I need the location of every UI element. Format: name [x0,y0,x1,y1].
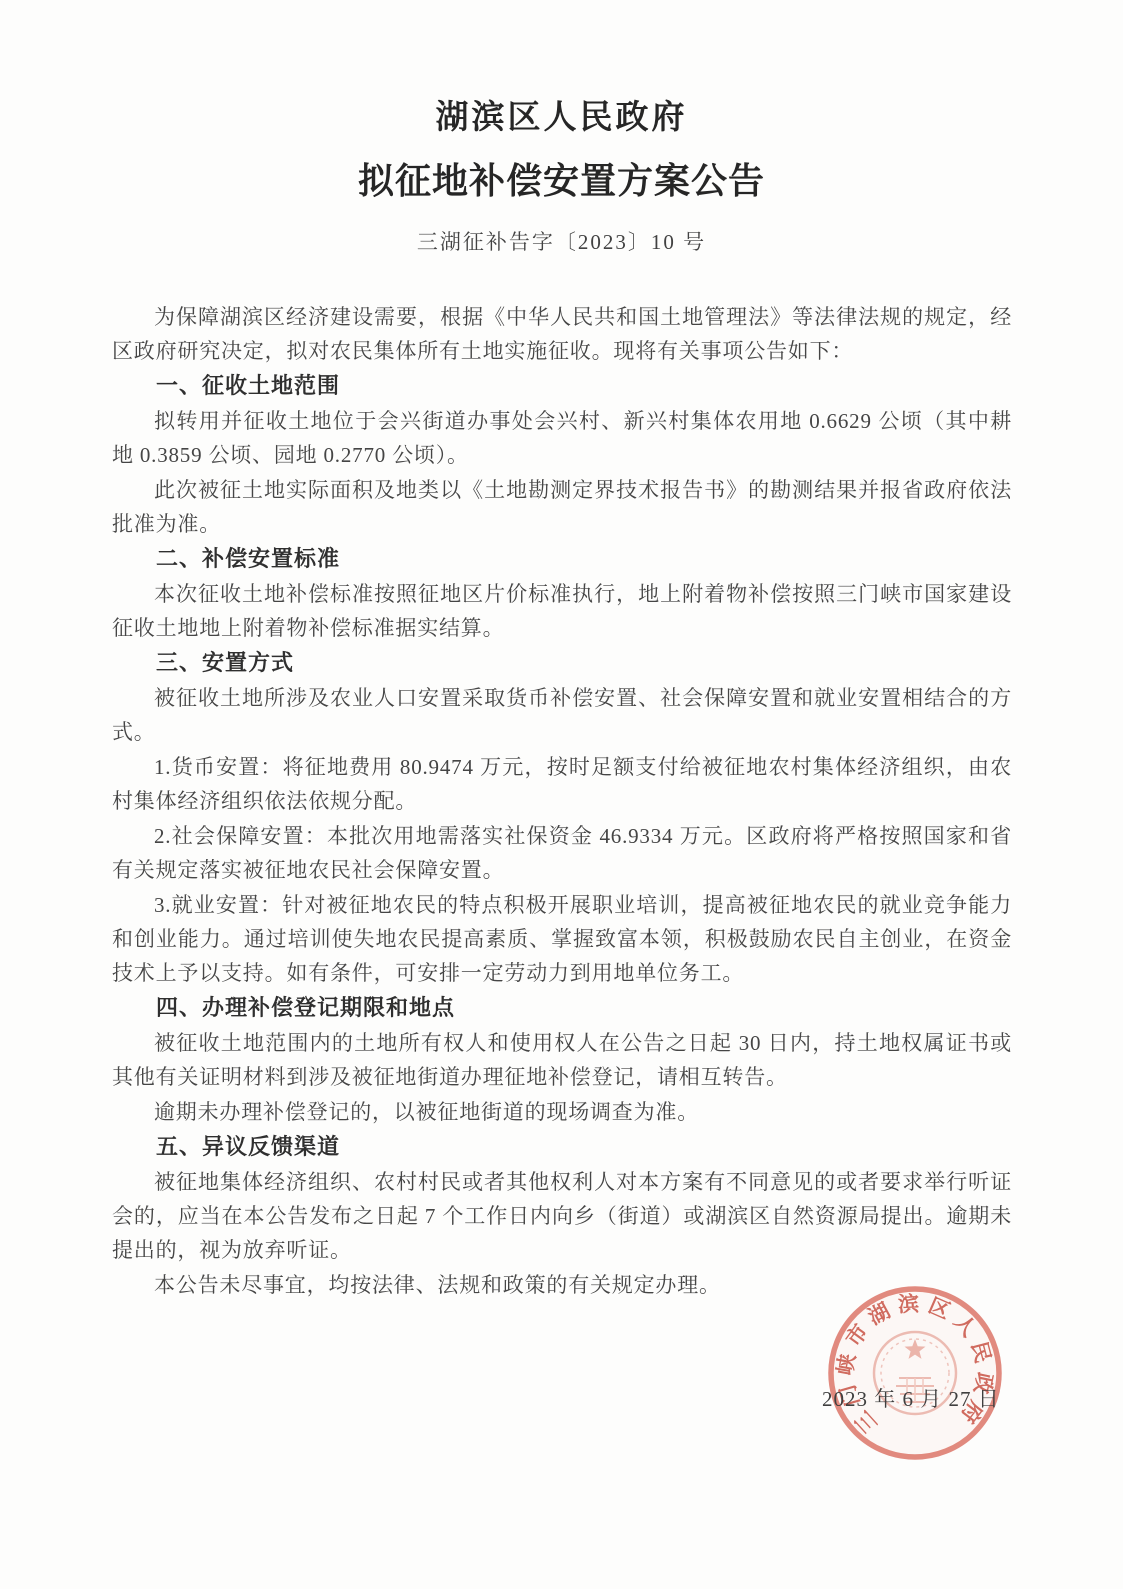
document-page: 湖滨区人民政府 拟征地补偿安置方案公告 三湖征补告字〔2023〕10 号 为保障… [0,0,1123,1589]
section-3-paragraph: 1.货币安置：将征地费用 80.9474 万元，按时足额支付给被征地农村集体经济… [112,750,1012,818]
document-title: 湖滨区人民政府 [0,94,1123,140]
intro-paragraph: 为保障湖滨区经济建设需要，根据《中华人民共和国土地管理法》等法律法规的规定，经区… [112,300,1012,368]
section-5-heading: 五、异议反馈渠道 [112,1130,1012,1164]
section-1-paragraph: 此次被征土地实际面积及地类以《土地勘测定界技术报告书》的勘测结果并报省政府依法批… [112,473,1012,541]
section-2-paragraph: 本次征收土地补偿标准按照征地区片价标准执行，地上附着物补偿按照三门峡市国家建设征… [112,577,1012,645]
document-header: 湖滨区人民政府 拟征地补偿安置方案公告 三湖征补告字〔2023〕10 号 [0,0,1123,256]
issue-date: 2023 年 6 月 27 日 [822,1383,1000,1413]
official-seal-icon: 三门峡市湖滨区人民政府 [820,1278,1010,1468]
document-number: 三湖征补告字〔2023〕10 号 [0,226,1123,256]
section-3-paragraph: 被征收土地所涉及农业人口安置采取货币补偿安置、社会保障安置和就业安置相结合的方式… [112,681,1012,749]
section-4-paragraph: 被征收土地范围内的土地所有权人和使用权人在公告之日起 30 日内，持土地权属证书… [112,1026,1012,1094]
section-4-heading: 四、办理补偿登记期限和地点 [112,991,1012,1025]
section-3-paragraph: 3.就业安置：针对被征地农民的特点积极开展职业培训，提高被征地农民的就业竞争能力… [112,888,1012,990]
section-4-paragraph: 逾期未办理补偿登记的，以被征地街道的现场调查为准。 [112,1095,1012,1129]
section-3-paragraph: 2.社会保障安置：本批次用地需落实社保资金 46.9334 万元。区政府将严格按… [112,819,1012,887]
section-1-heading: 一、征收土地范围 [112,369,1012,403]
section-3-heading: 三、安置方式 [112,646,1012,680]
section-5-paragraph: 被征地集体经济组织、农村村民或者其他权利人对本方案有不同意见的或者要求举行听证会… [112,1165,1012,1267]
section-2-heading: 二、补偿安置标准 [112,542,1012,576]
document-subtitle: 拟征地补偿安置方案公告 [0,156,1123,206]
document-body: 为保障湖滨区经济建设需要，根据《中华人民共和国土地管理法》等法律法规的规定，经区… [112,300,1012,1302]
section-1-paragraph: 拟转用并征收土地位于会兴街道办事处会兴村、新兴村集体农用地 0.6629 公顷（… [112,404,1012,472]
